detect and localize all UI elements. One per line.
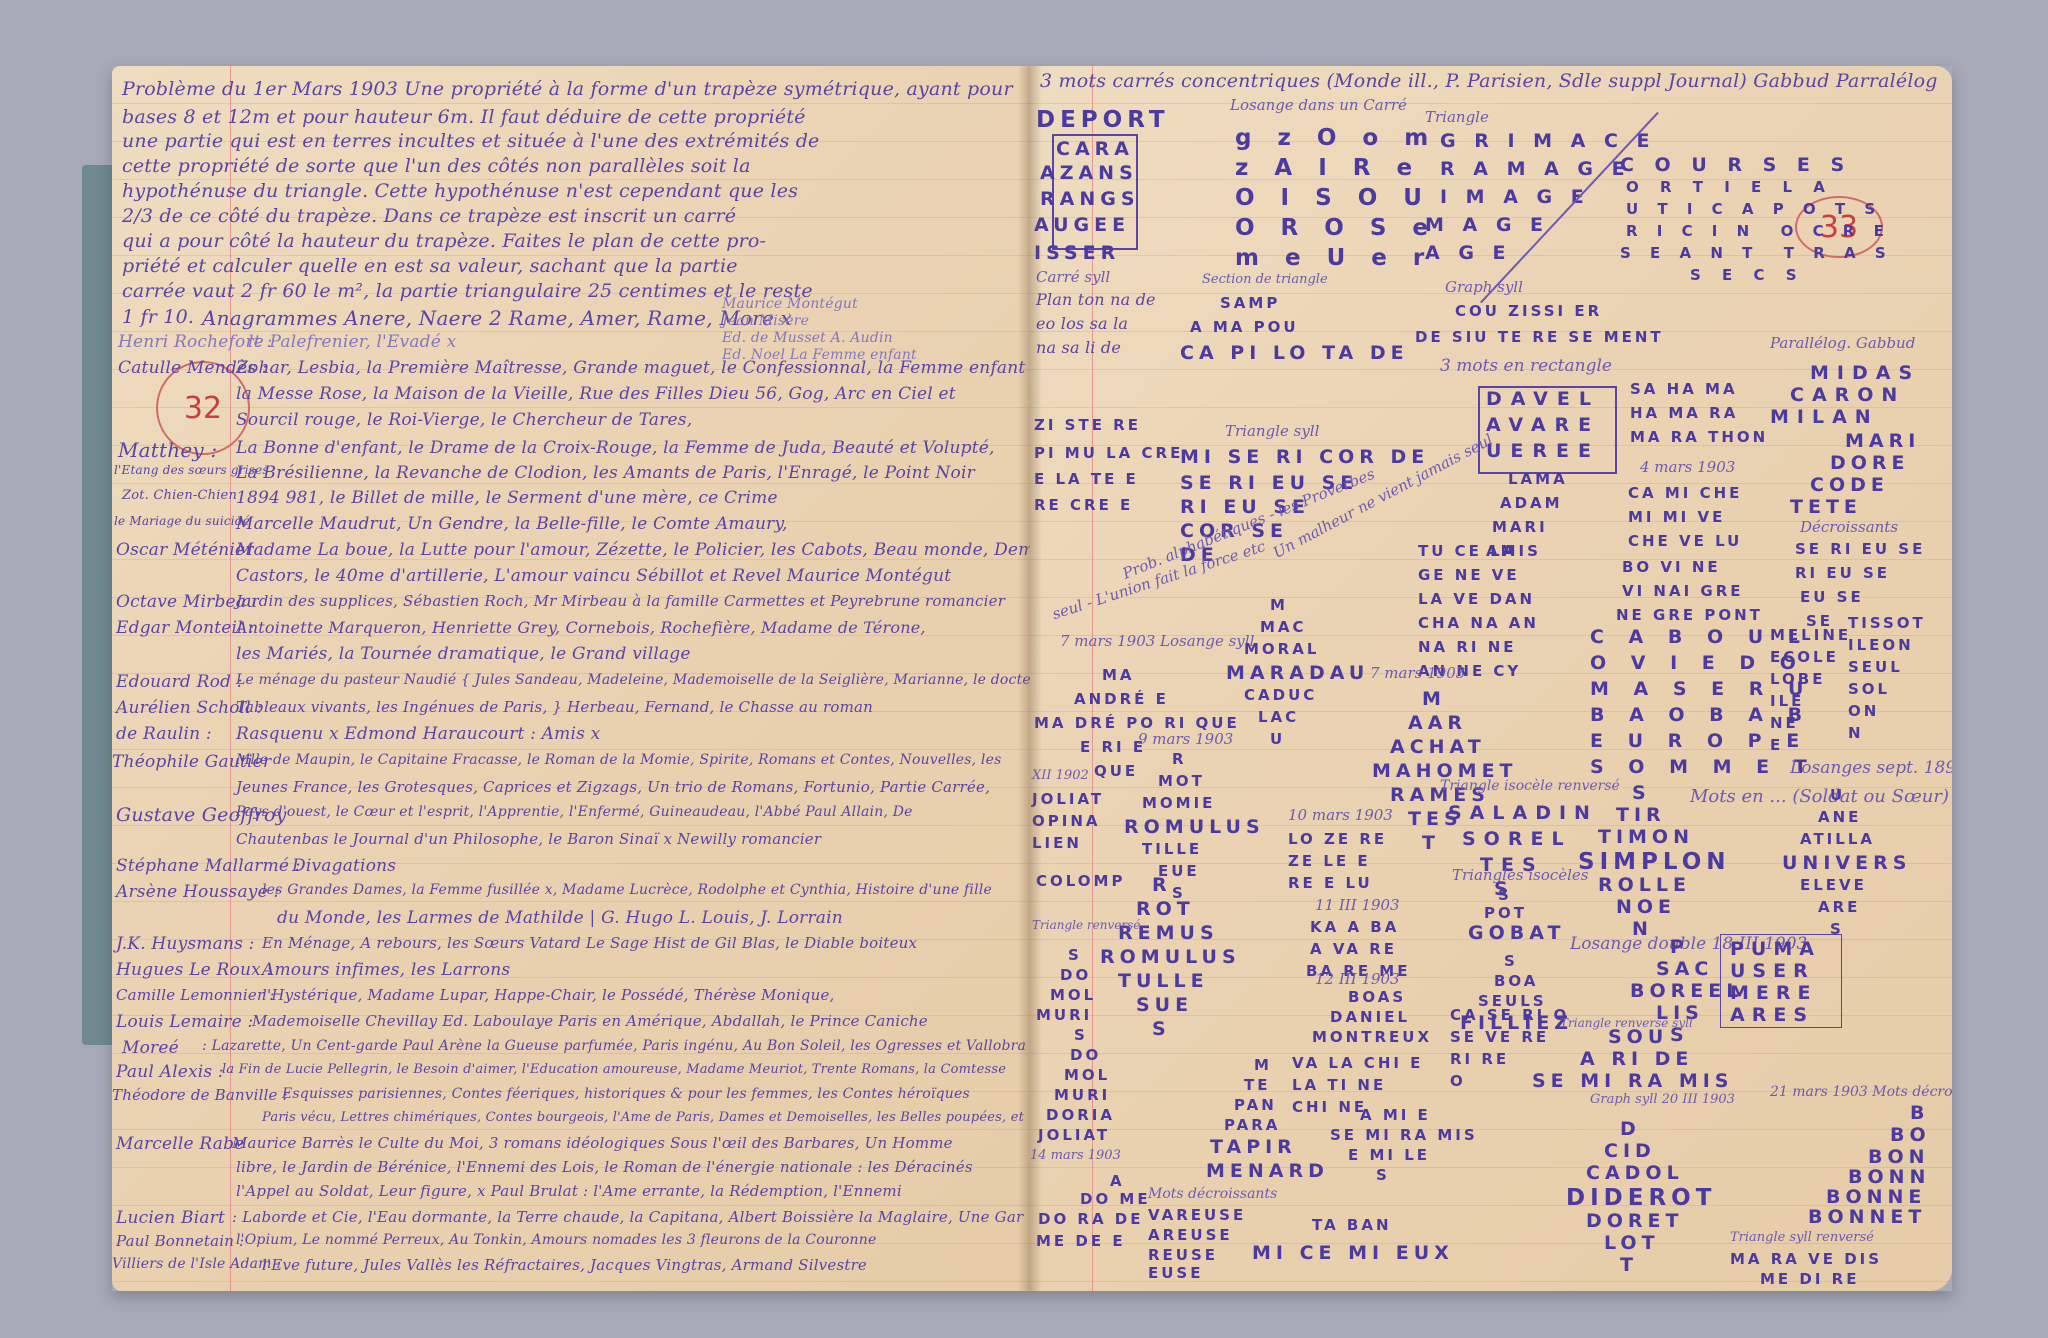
works-list: Tableaux vivants, les Ingénues de Paris,… xyxy=(236,698,873,716)
puzzle-row: C O U R S E S xyxy=(1620,154,1851,178)
works-list: du Monde, les Larmes de Mathilde | G. Hu… xyxy=(277,908,843,928)
puzzle-title: Triangle renversé xyxy=(1032,918,1140,932)
puzzle-row: ECOLE xyxy=(1770,648,1839,667)
puzzle-row: MA xyxy=(1102,666,1135,685)
puzzle-row: S xyxy=(1068,946,1082,965)
puzzle-row: ELEVE xyxy=(1800,876,1867,895)
puzzle-row: ROMULUS xyxy=(1124,816,1265,840)
puzzle-row: ADAM xyxy=(1500,494,1563,513)
puzzle-row: SIMPLON xyxy=(1578,848,1731,877)
puzzle-row: TILLE xyxy=(1142,840,1202,859)
puzzle-row: DORIA xyxy=(1046,1106,1115,1125)
author-name: de Raulin : xyxy=(116,724,212,744)
puzzle-row: HA MA RA xyxy=(1630,404,1738,423)
author-name: Paul Alexis : xyxy=(116,1062,224,1082)
puzzle-row: DO RA DE xyxy=(1038,1210,1144,1229)
puzzle-row: DEPORT xyxy=(1036,106,1170,135)
side-note-line: Jean Misère xyxy=(722,313,917,330)
puzzle-row: A G E xyxy=(1425,242,1512,266)
works-list: Pays d'ouest, le Cœur et l'esprit, l'App… xyxy=(236,804,913,820)
puzzle-row: CODE xyxy=(1810,474,1889,498)
puzzle-row: DO xyxy=(1070,1046,1101,1065)
puzzle-row: GE NE VE xyxy=(1418,566,1520,585)
puzzle-title: 7 mars 1903 xyxy=(1370,664,1465,682)
puzzle-row: QUE xyxy=(1094,762,1138,781)
puzzle-row: ZE LE E xyxy=(1288,852,1371,871)
puzzle-row: S xyxy=(1498,886,1512,905)
puzzle-row: MERE xyxy=(1730,982,1818,1006)
puzzle-row: MURI xyxy=(1036,1006,1092,1025)
puzzle-row: M xyxy=(1422,688,1446,712)
puzzle-row: SE RI EU SE xyxy=(1795,540,1925,559)
puzzle-title: Triangle xyxy=(1425,108,1489,126)
puzzle-row: CHE VE LU xyxy=(1628,532,1742,551)
puzzle-row: B xyxy=(1910,1102,1929,1126)
puzzle-row: TAPIR xyxy=(1210,1136,1297,1160)
puzzle-row: MENARD xyxy=(1206,1160,1329,1184)
puzzle-row: OPINA xyxy=(1032,812,1101,831)
puzzle-row: RANGS xyxy=(1040,188,1140,212)
puzzle-row: SAC xyxy=(1656,958,1713,982)
works-list: La Bonne d'enfant, le Drame de la Croix-… xyxy=(236,438,995,458)
puzzle-row: AZANS xyxy=(1040,162,1138,186)
works-list: le Palefrenier, l'Evadé x xyxy=(248,332,456,352)
author-name: Marcelle Rabe xyxy=(116,1134,244,1154)
puzzle-row: DANIEL xyxy=(1330,1008,1410,1027)
puzzle-row: MIDAS xyxy=(1810,362,1920,386)
puzzle-row: MARADAU xyxy=(1226,662,1369,686)
puzzle-row: MA RA THON xyxy=(1630,428,1768,447)
puzzle-row: Plan ton na de xyxy=(1036,290,1156,309)
puzzle-row: ROLLE xyxy=(1598,874,1691,898)
puzzle-row: DE SIU TE RE SE MENT xyxy=(1415,328,1664,347)
puzzle-row: DAVEL xyxy=(1486,388,1600,412)
puzzle-row: MARI xyxy=(1492,518,1548,537)
author-name: Edouard Rod : xyxy=(116,672,243,692)
puzzle-row: CARON xyxy=(1790,384,1905,408)
author-name: Théodore de Banville : xyxy=(112,1086,288,1104)
puzzle-row: R xyxy=(1172,750,1187,769)
author-name: Arsène Houssaye : xyxy=(116,882,279,902)
puzzle-row: ISSER xyxy=(1034,242,1120,266)
puzzle-row: PUMA xyxy=(1730,938,1821,962)
puzzle-row: E xyxy=(1770,736,1783,755)
puzzle-row: A xyxy=(1110,1172,1125,1191)
works-list: Paris vécu, Lettres chimériques, Contes … xyxy=(262,1110,1024,1125)
puzzle-title: Triangle syll renversé xyxy=(1730,1230,1874,1245)
puzzle-row: RE CRE E xyxy=(1034,496,1133,515)
puzzle-row: LA VE DAN xyxy=(1418,590,1535,609)
puzzle-row: ILE xyxy=(1770,692,1804,711)
puzzle-row: MARI xyxy=(1845,430,1920,454)
puzzle-title: 14 mars 1903 xyxy=(1030,1148,1121,1163)
puzzle-row: S xyxy=(1504,952,1518,971)
works-list: la Messe Rose, la Maison de la Vieille, … xyxy=(236,384,956,404)
puzzle-row: SE MI RA MIS xyxy=(1330,1126,1478,1145)
notebook-gutter xyxy=(1018,66,1042,1291)
works-list: Sourcil rouge, le Roi-Vierge, le Cherche… xyxy=(236,410,692,430)
works-list: Le ménage du pasteur Naudié { Jules Sand… xyxy=(236,672,1030,688)
puzzle-title: Triangles isocèles xyxy=(1452,866,1589,884)
puzzle-row: ATILLA xyxy=(1800,830,1875,849)
puzzle-title: Graph syll xyxy=(1445,278,1523,296)
notebook-spread: Problème du 1er Mars 1903 Une propriété … xyxy=(112,66,1952,1291)
puzzle-row: MOL xyxy=(1064,1066,1110,1085)
author-name: Matthey : xyxy=(118,438,217,462)
puzzle-title: Graph syll 20 III 1903 xyxy=(1590,1092,1735,1107)
puzzle-row: DO ME xyxy=(1080,1190,1151,1209)
works-list: Amours infimes, les Larrons xyxy=(262,960,510,980)
puzzle-row: SOU xyxy=(1608,1026,1668,1050)
works-list: : Laborde et Cie, l'Eau dormante, la Ter… xyxy=(232,1208,1023,1226)
puzzle-row: AVARE xyxy=(1486,414,1600,438)
works-list: Mlle de Maupin, le Capitaine Fracasse, l… xyxy=(236,752,1001,768)
puzzle-row: M xyxy=(1254,1056,1272,1075)
puzzle-row: LAC xyxy=(1258,708,1299,727)
puzzle-row: MI SE RI COR DE xyxy=(1180,446,1429,470)
puzzle-row: ME DI RE xyxy=(1760,1270,1859,1289)
puzzle-row: VAREUSE xyxy=(1148,1206,1246,1225)
works-list: Antoinette Marqueron, Henriette Grey, Co… xyxy=(236,618,926,637)
puzzle-row: MURI xyxy=(1054,1086,1110,1105)
works-list: Castors, le 40me d'artillerie, L'amour v… xyxy=(236,566,951,586)
puzzle-row: T xyxy=(1422,832,1440,856)
works-list: 1894 981, le Billet de mille, le Serment… xyxy=(236,488,778,508)
puzzle-title: Losange dans un Carré xyxy=(1230,96,1407,114)
author-name: Paul Bonnetain : xyxy=(116,1232,244,1250)
puzzle-row: POT xyxy=(1484,904,1527,923)
works-list: : Lazarette, Un Cent-garde Paul Arène la… xyxy=(202,1038,1026,1054)
puzzle-row: SALADIN xyxy=(1448,802,1598,826)
puzzle-row: S xyxy=(1632,782,1651,806)
puzzle-row: MOT xyxy=(1158,772,1205,791)
puzzle-row: COLOMP xyxy=(1036,872,1125,891)
author-name: Louis Lemaire : xyxy=(116,1012,253,1032)
problem-line: 2/3 de ce côté du trapèze. Dans ce trapè… xyxy=(122,205,736,227)
puzzle-row: BO VI NE xyxy=(1622,558,1721,577)
author-name: Camille Lemonnier : xyxy=(116,986,275,1004)
puzzle-row: g z O o m xyxy=(1235,124,1437,153)
puzzle-row: NE GRE PONT xyxy=(1616,606,1763,625)
works-list: Zohar, Lesbia, la Première Maîtresse, Gr… xyxy=(236,358,1025,378)
puzzle-row: MI CE MI EUX xyxy=(1252,1242,1454,1266)
puzzle-row: S E C S xyxy=(1690,266,1805,285)
works-list: la Fin de Lucie Pellegrin, le Besoin d'a… xyxy=(222,1062,1006,1077)
works-list: l'Eve future, Jules Vallès les Réfractai… xyxy=(262,1256,867,1274)
works-list: La Brésilienne, la Revanche de Clodion, … xyxy=(236,463,975,483)
puzzle-row: M xyxy=(1270,596,1288,615)
puzzle-row: MAC xyxy=(1260,618,1307,637)
puzzle-row: SE MI RA MIS xyxy=(1532,1070,1733,1094)
puzzle-row: ACHAT xyxy=(1390,736,1486,760)
puzzle-row: SOL xyxy=(1848,680,1890,699)
works-list: Madame La boue, la Lutte pour l'amour, Z… xyxy=(236,540,1030,560)
puzzle-row: CHI NE xyxy=(1292,1098,1367,1117)
puzzle-row: na sa li de xyxy=(1036,338,1121,357)
puzzle-title: 10 mars 1903 xyxy=(1288,806,1393,824)
puzzle-row: O xyxy=(1450,1072,1466,1091)
puzzle-row: N xyxy=(1848,724,1864,743)
puzzle-row: S xyxy=(1074,1026,1088,1045)
puzzle-row: TU CE LA xyxy=(1418,542,1517,561)
puzzle-row: S O M M E T xyxy=(1590,756,1816,780)
puzzle-title: Section de triangle xyxy=(1202,272,1328,287)
puzzle-row: BOAS xyxy=(1348,988,1406,1007)
puzzle-row: TISSOT xyxy=(1848,614,1926,633)
puzzle-row: CA SE RI O xyxy=(1450,1006,1569,1025)
works-list: libre, le Jardin de Bérénice, l'Ennemi d… xyxy=(236,1158,973,1176)
works-list: Maurice Barrès le Culte du Moi, 3 romans… xyxy=(232,1134,953,1152)
puzzle-row: PARA xyxy=(1224,1116,1280,1135)
puzzle-row: JOLIAT xyxy=(1038,1126,1110,1145)
puzzle-row: U xyxy=(1270,730,1285,749)
puzzle-title: Mots en ... (Soldat ou Sœur) xyxy=(1690,786,1949,807)
puzzle-row: R xyxy=(1152,874,1172,898)
puzzle-title: 21 mars 1903 Mots décroissants xyxy=(1770,1084,1952,1100)
puzzle-row: BOA xyxy=(1494,972,1538,991)
puzzle-title: Carré syll xyxy=(1036,268,1110,286)
works-list: Chautenbas le Journal d'un Philosophe, l… xyxy=(236,830,821,848)
puzzle-row: CA MI CHE xyxy=(1628,484,1742,503)
puzzle-row: TETE xyxy=(1790,496,1862,520)
author-name: Edgar Monteil : xyxy=(116,618,254,638)
works-list: Marcelle Maudrut, Un Gendre, la Belle-fi… xyxy=(236,514,788,534)
puzzle-row: DORET xyxy=(1586,1210,1684,1234)
puzzle-row: U T I C A P O T S xyxy=(1626,200,1882,219)
problem-line: Problème du 1er Mars 1903 Une propriété … xyxy=(122,78,1013,100)
puzzle-row: S xyxy=(1376,1166,1390,1185)
puzzle-row: CARA xyxy=(1056,138,1134,162)
puzzle-row: U xyxy=(1830,786,1845,805)
puzzle-row: S xyxy=(1152,1018,1171,1042)
puzzle-row: MA RA VE DIS xyxy=(1730,1250,1882,1269)
problem-line: carrée vaut 2 fr 60 le m², la partie tri… xyxy=(122,280,813,302)
works-list: Rasquenu x Edmond Haraucourt : Amis x xyxy=(236,724,600,744)
puzzle-row: EUSE xyxy=(1148,1264,1203,1283)
side-note: Maurice Montégut Jean Misère Ed. de Muss… xyxy=(722,296,917,364)
puzzle-row: CADOL xyxy=(1586,1162,1684,1186)
puzzle-row: SAMP xyxy=(1220,294,1280,313)
puzzle-row: RE E LU xyxy=(1288,874,1373,893)
puzzle-row: O R O S e xyxy=(1235,214,1437,243)
puzzle-row: P xyxy=(1670,936,1689,960)
puzzle-title: Triangle syll xyxy=(1225,422,1319,440)
puzzle-row: AUGEE xyxy=(1034,214,1130,238)
puzzle-row: AAR xyxy=(1408,712,1467,736)
puzzle-row: SUE xyxy=(1136,994,1193,1018)
puzzle-row: TIMON xyxy=(1598,826,1694,850)
puzzle-row: VI NAI GRE xyxy=(1622,582,1744,601)
puzzle-row: TIR xyxy=(1616,804,1666,828)
puzzle-row: PI MU LA CRE xyxy=(1034,444,1183,463)
puzzle-title: 7 mars 1903 Losange syll xyxy=(1060,632,1254,650)
puzzle-title: Parallélog. Gabbud xyxy=(1770,334,1915,352)
puzzle-row: BONNET xyxy=(1808,1206,1926,1230)
puzzle-row: ILEON xyxy=(1848,636,1914,655)
puzzle-row: I M A G E xyxy=(1440,186,1590,210)
puzzle-row: MOL xyxy=(1050,986,1096,1005)
puzzle-row: TA BAN xyxy=(1312,1216,1392,1235)
puzzle-row: AREUSE xyxy=(1148,1226,1233,1245)
works-list: Esquisses parisiennes, Contes féeriques,… xyxy=(282,1086,970,1102)
puzzle-row: m e U e r xyxy=(1235,244,1433,273)
puzzle-row: CID xyxy=(1604,1140,1656,1164)
puzzle-row: VA LA CHI E xyxy=(1292,1054,1423,1073)
puzzle-row: JOLIAT xyxy=(1032,790,1104,809)
puzzle-row: NE xyxy=(1770,714,1799,733)
puzzle-row: CA PI LO TA DE xyxy=(1180,342,1409,366)
puzzle-row: SEUL xyxy=(1848,658,1903,677)
puzzle-row: T xyxy=(1620,1254,1638,1278)
puzzle-row: E MI LE xyxy=(1348,1146,1430,1165)
problem-line: hypothénuse du triangle. Cette hypothénu… xyxy=(122,180,798,202)
puzzle-row: DORE xyxy=(1830,452,1910,476)
puzzle-row: S E A N T T R A S xyxy=(1620,244,1893,263)
works-list: l'Opium, Le nommé Perreux, Au Tonkin, Am… xyxy=(236,1232,876,1248)
puzzle-title: Triangle isocèle renversé xyxy=(1440,778,1620,794)
puzzle-row: ARE xyxy=(1818,898,1860,917)
puzzle-row: A MI E xyxy=(1360,1106,1431,1125)
puzzle-row: TULLE xyxy=(1118,970,1209,994)
puzzle-row: A MA POU xyxy=(1190,318,1299,337)
puzzle-title: Décroissants xyxy=(1800,518,1898,536)
puzzle-row: eo los sa la xyxy=(1036,314,1128,333)
puzzle-row: ANDRÉ E xyxy=(1074,690,1169,709)
puzzle-row: E RI E xyxy=(1080,738,1146,757)
puzzle-title: Losanges sept. 1899 xyxy=(1790,758,1952,778)
works-list: En Ménage, A rebours, les Sœurs Vatard L… xyxy=(262,934,917,952)
works-list: Jardin des supplices, Sébastien Roch, Mr… xyxy=(236,592,1005,610)
puzzle-row: CHA NA AN xyxy=(1418,614,1539,633)
puzzle-row: NOE xyxy=(1616,896,1676,920)
author-name: Zot. Chien-Chien xyxy=(122,488,237,503)
puzzle-row: REUSE xyxy=(1148,1246,1218,1265)
puzzle-row: PAN xyxy=(1234,1096,1277,1115)
puzzle-row: O R T I E L A xyxy=(1626,178,1833,197)
works-list: Mademoiselle Chevillay Ed. Laboulaye Par… xyxy=(252,1012,928,1030)
puzzle-row: LOT xyxy=(1604,1232,1660,1256)
problem-line: 1 fr 10. xyxy=(122,306,194,328)
puzzle-row: A RI DE xyxy=(1580,1048,1693,1072)
puzzle-row: ANE xyxy=(1818,808,1861,827)
puzzle-row: USER xyxy=(1730,960,1815,984)
puzzle-row: ME DE E xyxy=(1036,1232,1126,1251)
puzzle-row: LA TI NE xyxy=(1292,1076,1386,1095)
puzzle-row: SOREL xyxy=(1462,828,1572,852)
puzzle-row: M A G E xyxy=(1425,214,1549,238)
author-name: Villiers de l'Isle Adam : xyxy=(112,1256,281,1272)
puzzle-row: CADUC xyxy=(1244,686,1317,705)
author-name: Lucien Biart xyxy=(116,1208,225,1228)
works-list: Divagations xyxy=(292,856,396,876)
puzzle-row: D xyxy=(1620,1118,1641,1142)
puzzle-row: EU SE xyxy=(1800,588,1864,607)
problem-line: cette propriété de sorte que l'un des cô… xyxy=(122,155,751,177)
puzzle-row: DO xyxy=(1060,966,1091,985)
puzzle-row: E LA TE E xyxy=(1034,470,1139,489)
works-list: les Mariés, la Tournée dramatique, le Gr… xyxy=(236,644,691,664)
side-note-line: Ed. de Musset A. Audin xyxy=(722,330,917,347)
puzzle-row: KA A BA xyxy=(1310,918,1399,937)
puzzle-row: ARES xyxy=(1730,1004,1814,1028)
puzzle-row: MELINE xyxy=(1770,626,1851,645)
puzzle-row: MORAL xyxy=(1244,640,1319,659)
works-list: les Grandes Dames, la Femme fusillée x, … xyxy=(262,882,992,898)
puzzle-row: LO ZE RE xyxy=(1288,830,1387,849)
puzzle-row: RI RE xyxy=(1450,1050,1509,1069)
puzzle-row: SA HA MA xyxy=(1630,380,1738,399)
puzzle-title: 12 III 1903 xyxy=(1315,970,1400,988)
author-name: Moreé xyxy=(122,1038,179,1058)
author-name: Oscar Méténier xyxy=(116,540,254,560)
puzzle-row: RI EU SE xyxy=(1795,564,1890,583)
puzzle-row: LAMA xyxy=(1508,470,1568,489)
puzzle-row: COU ZISSI ER xyxy=(1455,302,1602,321)
puzzle-title: 9 mars 1903 xyxy=(1138,730,1233,748)
puzzle-row: LOBE xyxy=(1770,670,1825,689)
puzzle-row: UNIVERS xyxy=(1782,852,1911,876)
puzzle-row: O I S O U xyxy=(1235,184,1431,213)
puzzle-row: TE xyxy=(1244,1076,1270,1095)
puzzle-row: MONTREUX xyxy=(1312,1028,1432,1047)
problem-line: qui a pour côté la hauteur du trapèze. F… xyxy=(122,230,766,252)
puzzle-row: z A I R e xyxy=(1235,154,1421,183)
puzzle-row: R I C I N O C R E xyxy=(1626,222,1891,241)
puzzle-row: ZI STE RE xyxy=(1034,416,1141,435)
side-note-line: Maurice Montégut xyxy=(722,296,917,313)
puzzle-row: ON xyxy=(1848,702,1879,721)
puzzle-row: MI MI VE xyxy=(1628,508,1725,527)
puzzle-title: 3 mots en rectangle xyxy=(1440,356,1612,376)
puzzle-title: Mots décroissants xyxy=(1148,1186,1277,1202)
anagrams-line: Anagrammes Anere, Naere 2 Rame, Amer, Ra… xyxy=(202,306,792,330)
puzzle-row: ROMULUS xyxy=(1100,946,1241,970)
puzzle-row: MILAN xyxy=(1770,406,1879,430)
right-page: 3 mots carrés concentriques (Monde ill.,… xyxy=(1030,66,1952,1291)
puzzle-row: MOMIE xyxy=(1142,794,1215,813)
puzzle-row: UEREE xyxy=(1486,440,1600,464)
puzzle-row: DIDEROT xyxy=(1566,1184,1716,1213)
page-header: 3 mots carrés concentriques (Monde ill.,… xyxy=(1040,70,1938,92)
works-list: Jeunes France, les Grotesques, Caprices … xyxy=(236,778,990,796)
left-page: Problème du 1er Mars 1903 Une propriété … xyxy=(112,66,1030,1291)
puzzle-row: GOBAT xyxy=(1468,922,1565,946)
author-name: le Mariage du suicidé xyxy=(114,514,250,528)
puzzle-row: BO xyxy=(1890,1124,1931,1148)
problem-line: bases 8 et 12m et pour hauteur 6m. Il fa… xyxy=(122,106,806,128)
author-name: Stéphane Mallarmé : xyxy=(116,856,301,876)
puzzle-row: SE VE RE xyxy=(1450,1028,1549,1047)
works-list: l'Appel au Soldat, Leur figure, x Paul B… xyxy=(236,1182,902,1200)
problem-line: une partie qui est en terres incultes et… xyxy=(122,130,820,152)
puzzle-row: A VA RE xyxy=(1310,940,1397,959)
puzzle-title: 11 III 1903 xyxy=(1315,896,1400,914)
puzzle-title: 4 mars 1903 xyxy=(1640,458,1735,476)
author-name: J.K. Huysmans : xyxy=(116,934,255,954)
puzzle-row: ROT xyxy=(1136,898,1195,922)
problem-line: priété et calculer quelle en est sa vale… xyxy=(122,255,738,277)
works-list: l'Hystérique, Madame Lupar, Happe-Chair,… xyxy=(262,986,835,1004)
puzzle-row: NA RI NE xyxy=(1418,638,1517,657)
author-name: Hugues Le Roux : xyxy=(116,960,272,980)
